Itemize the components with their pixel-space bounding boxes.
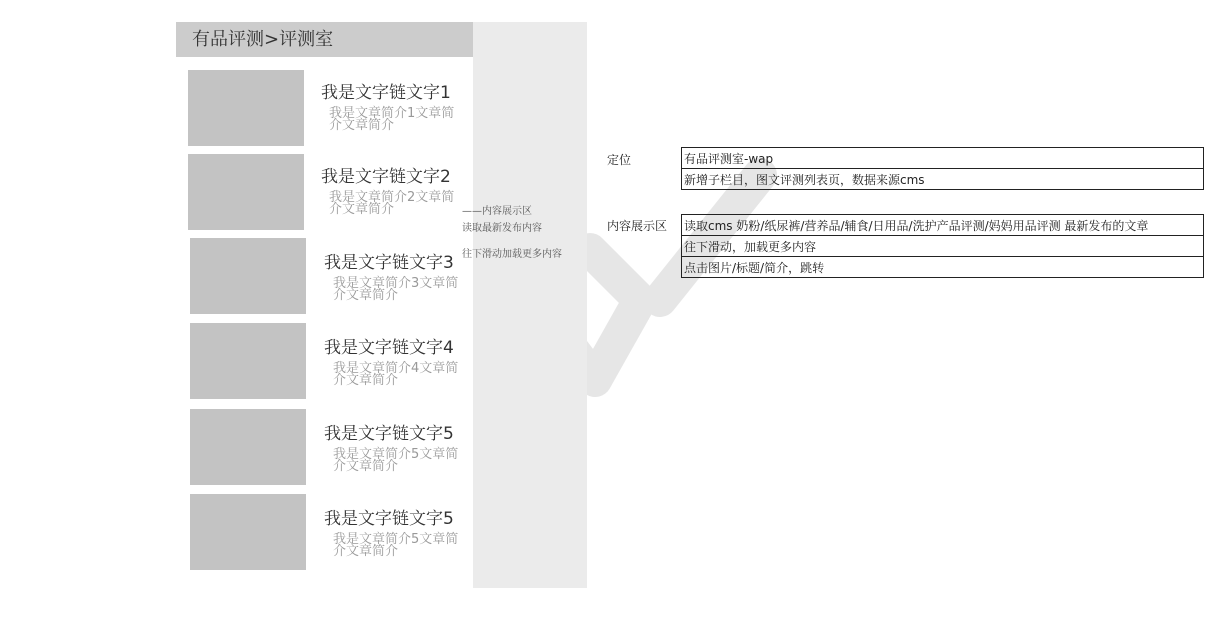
breadcrumb: 有品评测>评测室 [176, 22, 473, 57]
article-title[interactable]: 我是文字链文字3 [324, 248, 454, 273]
article-item[interactable]: 我是文字链文字3 我是文章简介3文章简介文章简介 [176, 238, 473, 316]
article-title[interactable]: 我是文字链文字5 [324, 419, 454, 444]
spec-label-content-area: 内容展示区 [607, 217, 667, 234]
annotation-scroll: 往下滑动加载更多内容 [462, 245, 562, 260]
article-title[interactable]: 我是文字链文字5 [324, 504, 454, 529]
article-item[interactable]: 我是文字链文字2 我是文章简介2文章简介文章简介 [176, 154, 473, 232]
article-item[interactable]: 我是文字链文字5 我是文章简介5文章简介文章简介 [176, 494, 473, 572]
article-thumbnail[interactable] [190, 494, 306, 570]
spec-table-content-area: 读取cms 奶粉/纸尿裤/营养品/辅食/日用品/洗护产品评测/妈妈用品评测 最新… [681, 214, 1204, 278]
article-thumbnail[interactable] [190, 238, 306, 314]
spec-cell: 有品评测室-wap [682, 148, 1204, 169]
article-thumbnail[interactable] [188, 70, 304, 146]
article-summary[interactable]: 我是文章简介5文章简介文章简介 [333, 534, 463, 558]
article-thumbnail[interactable] [190, 409, 306, 485]
mobile-mockup: 有品评测>评测室 我是文字链文字1 我是文章简介1文章简介文章简介 我是文字链文… [176, 22, 473, 588]
article-summary[interactable]: 我是文章简介5文章简介文章简介 [333, 449, 463, 473]
spec-cell: 往下滑动，加载更多内容 [682, 236, 1204, 257]
annotation-column [473, 22, 587, 588]
spec-label-positioning: 定位 [607, 151, 631, 168]
annotation-latest: 读取最新发布内容 [462, 219, 542, 234]
article-summary[interactable]: 我是文章简介1文章简介文章简介 [329, 108, 459, 132]
article-item[interactable]: 我是文字链文字1 我是文章简介1文章简介文章简介 [176, 70, 473, 148]
spec-cell: 读取cms 奶粉/纸尿裤/营养品/辅食/日用品/洗护产品评测/妈妈用品评测 最新… [682, 215, 1204, 236]
article-title[interactable]: 我是文字链文字2 [321, 162, 451, 187]
article-summary[interactable]: 我是文章简介3文章简介文章简介 [333, 278, 463, 302]
article-title[interactable]: 我是文字链文字4 [324, 333, 454, 358]
spec-cell: 点击图片/标题/简介，跳转 [682, 257, 1204, 278]
article-title[interactable]: 我是文字链文字1 [321, 78, 451, 103]
spec-table-positioning: 有品评测室-wap 新增子栏目，图文评测列表页，数据来源cms [681, 147, 1204, 190]
spec-cell: 新增子栏目，图文评测列表页，数据来源cms [682, 169, 1204, 190]
article-summary[interactable]: 我是文章简介2文章简介文章简介 [329, 192, 459, 216]
article-thumbnail[interactable] [190, 323, 306, 399]
article-item[interactable]: 我是文字链文字4 我是文章简介4文章简介文章简介 [176, 323, 473, 401]
article-summary[interactable]: 我是文章简介4文章简介文章简介 [333, 363, 463, 387]
article-item[interactable]: 我是文字链文字5 我是文章简介5文章简介文章简介 [176, 409, 473, 487]
annotation-content-area: ——内容展示区 [462, 202, 532, 217]
article-thumbnail[interactable] [188, 154, 304, 230]
